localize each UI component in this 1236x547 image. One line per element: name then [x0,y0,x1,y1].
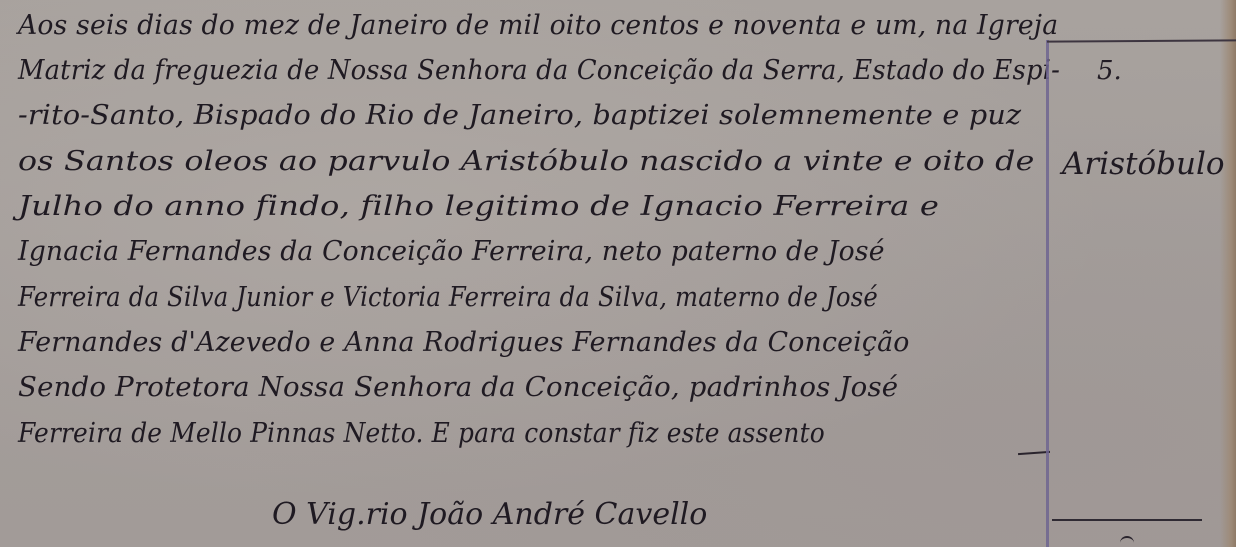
margin-baptized-name: Aristóbulo [1062,146,1225,182]
body-line-1: Aos seis dias do mez de Janeiro de mil o… [18,10,1058,41]
margin-top-rule [1047,39,1236,42]
entry-number: 5. [1097,56,1122,86]
body-line-10: Ferreira de Mello Pinnas Netto. E para c… [18,418,825,449]
margin-bottom-rule [1052,519,1202,521]
body-line-4: os Santos oleos ao parvulo Aristóbulo na… [18,146,1035,177]
page-edge [1220,0,1236,547]
body-line-7: Ferreira da Silva Junior e Victoria Ferr… [18,282,878,313]
register-page: Aos seis dias do mez de Janeiro de mil o… [0,0,1236,547]
body-line-8: Fernandes d'Azevedo e Anna Rodrigues Fer… [18,327,909,358]
body-line-9: Sendo Protetora Nossa Senhora da Conceiç… [18,372,898,403]
body-line-3: -rito-Santo, Bispado do Rio de Janeiro, … [18,100,1021,131]
margin-rule [1046,40,1049,547]
body-line-6: Ignacia Fernandes da Conceição Ferreira,… [18,236,885,267]
body-line-5: Julho do anno findo, filho legitimo de I… [18,191,939,222]
body-line-2: Matriz da freguezia de Nossa Senhora da … [18,55,1060,86]
next-entry-mark [1120,536,1134,547]
vicar-signature: O Vig.rio João André Cavello [272,497,707,532]
